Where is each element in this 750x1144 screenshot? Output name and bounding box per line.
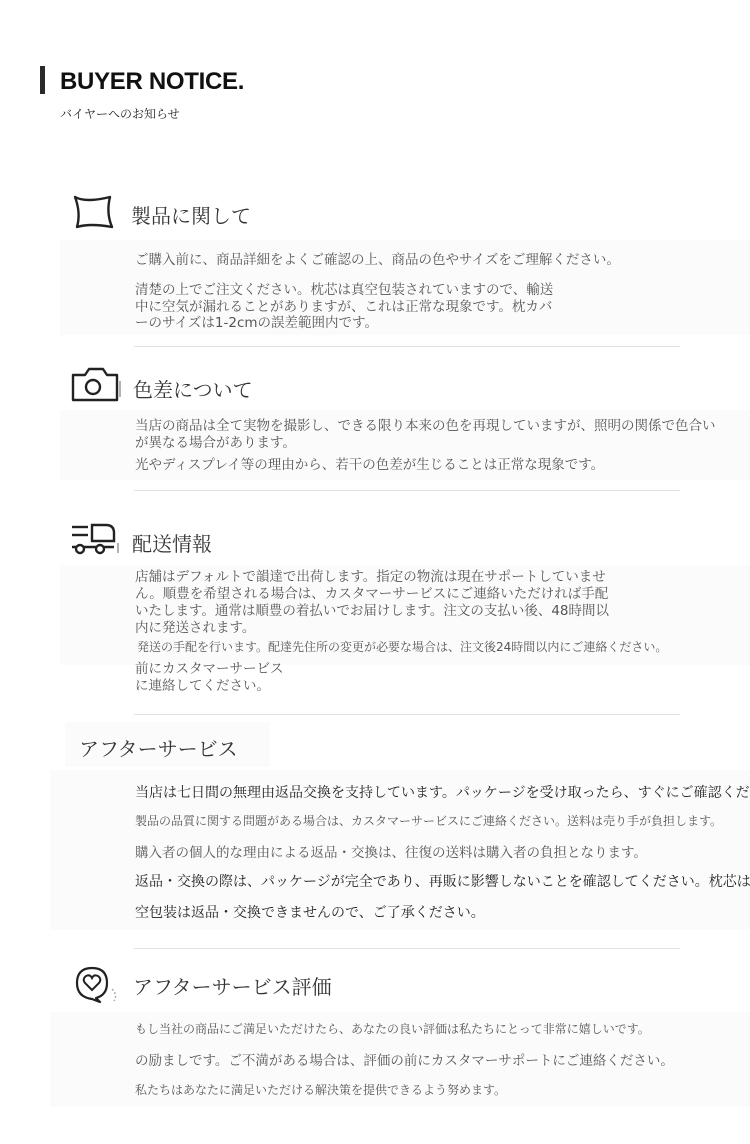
section-divider <box>134 714 680 715</box>
section-text: ん。順豊を希望される場合は、カスタマーサービスにご連絡いただければ手配 <box>135 586 608 603</box>
section-text: 中に空気が漏れることがありますが、これは正常な現象です。枕カバ <box>135 299 552 316</box>
section-text: が異なる場合があります。 <box>135 435 296 452</box>
section-text: 光やディスプレイ等の理由から、若干の色差が生じることは正常な現象です。 <box>135 457 604 474</box>
section-text: いたします。通常は順豊の着払いでお届けします。注文の支払い後、48時間以 <box>135 603 609 620</box>
section-text: 店舗はデフォルトで韻達で出荷します。指定の物流は現在サポートしていませ <box>135 569 606 586</box>
section-divider <box>134 948 680 949</box>
section-text: の励ましです。ご不満がある場合は、評価の前にカスタマーサポートにご連絡ください。 <box>135 1053 674 1070</box>
header-accent-bar <box>40 66 45 94</box>
section-text: 当店は七日間の無理由返品交換を支持しています。パッケージを受け取ったら、すぐにご… <box>135 785 750 802</box>
section-text: 清楚の上でご注文ください。枕芯は真空包装されていますので、輸送 <box>135 282 553 299</box>
section-text: ご購入前に、商品詳細をよくご確認の上、商品の色やサイズをご理解ください。 <box>135 252 620 269</box>
section-divider <box>134 490 680 491</box>
page-title: BUYER NOTICE. <box>60 68 244 96</box>
section-text: に連絡してください。 <box>135 678 270 695</box>
section-text: 返品・交換の際は、パッケージが完全であり、再販に影響しないことを確認してください… <box>135 874 750 891</box>
section-text: 内に発送されます。 <box>135 620 255 637</box>
heart-chat-icon <box>74 965 122 1003</box>
section-text: ーのサイズは1-2cmの誤差範囲内です。 <box>135 315 378 332</box>
section-text: 購入者の個人的な理由による返品・交換は、往復の送料は購入者の負担となります。 <box>135 845 647 862</box>
section-title-color: 色差について <box>133 374 253 403</box>
section-title-review: アフターサービス評価 <box>133 971 332 1000</box>
section-text: 空包装は返品・交換できませんので、ご了承ください。 <box>135 905 485 922</box>
pillow-icon <box>72 193 118 231</box>
section-text: 当店の商品は全て実物を撮影し、できる限り本来の色を再現していますが、照明の関係で… <box>135 418 716 435</box>
section-title-after-service: アフターサービス <box>79 733 238 762</box>
section-title-shipping: 配送情報 <box>132 528 212 557</box>
section-title-product: 製品に関して <box>131 200 251 229</box>
delivery-truck-icon <box>70 521 122 557</box>
section-text: 発送の手配を行います。配達先住所の変更が必要な場合は、注文後24時間以内にご連絡… <box>137 639 667 656</box>
camera-icon <box>71 367 123 403</box>
section-text: 私たちはあなたに満足いただける解決策を提供できるよう努めます。 <box>135 1082 506 1099</box>
page-subtitle: バイヤーへのお知らせ <box>60 105 180 122</box>
section-text: 前にカスタマーサービス <box>135 661 284 678</box>
section-text: もし当社の商品にご満足いただけたら、あなたの良い評価は私たちにとって非常に嬉しい… <box>135 1021 650 1038</box>
section-divider <box>134 346 680 347</box>
section-text: 製品の品質に関する問題がある場合は、カスタマーサービスにご連絡ください。送料は売… <box>135 813 722 830</box>
